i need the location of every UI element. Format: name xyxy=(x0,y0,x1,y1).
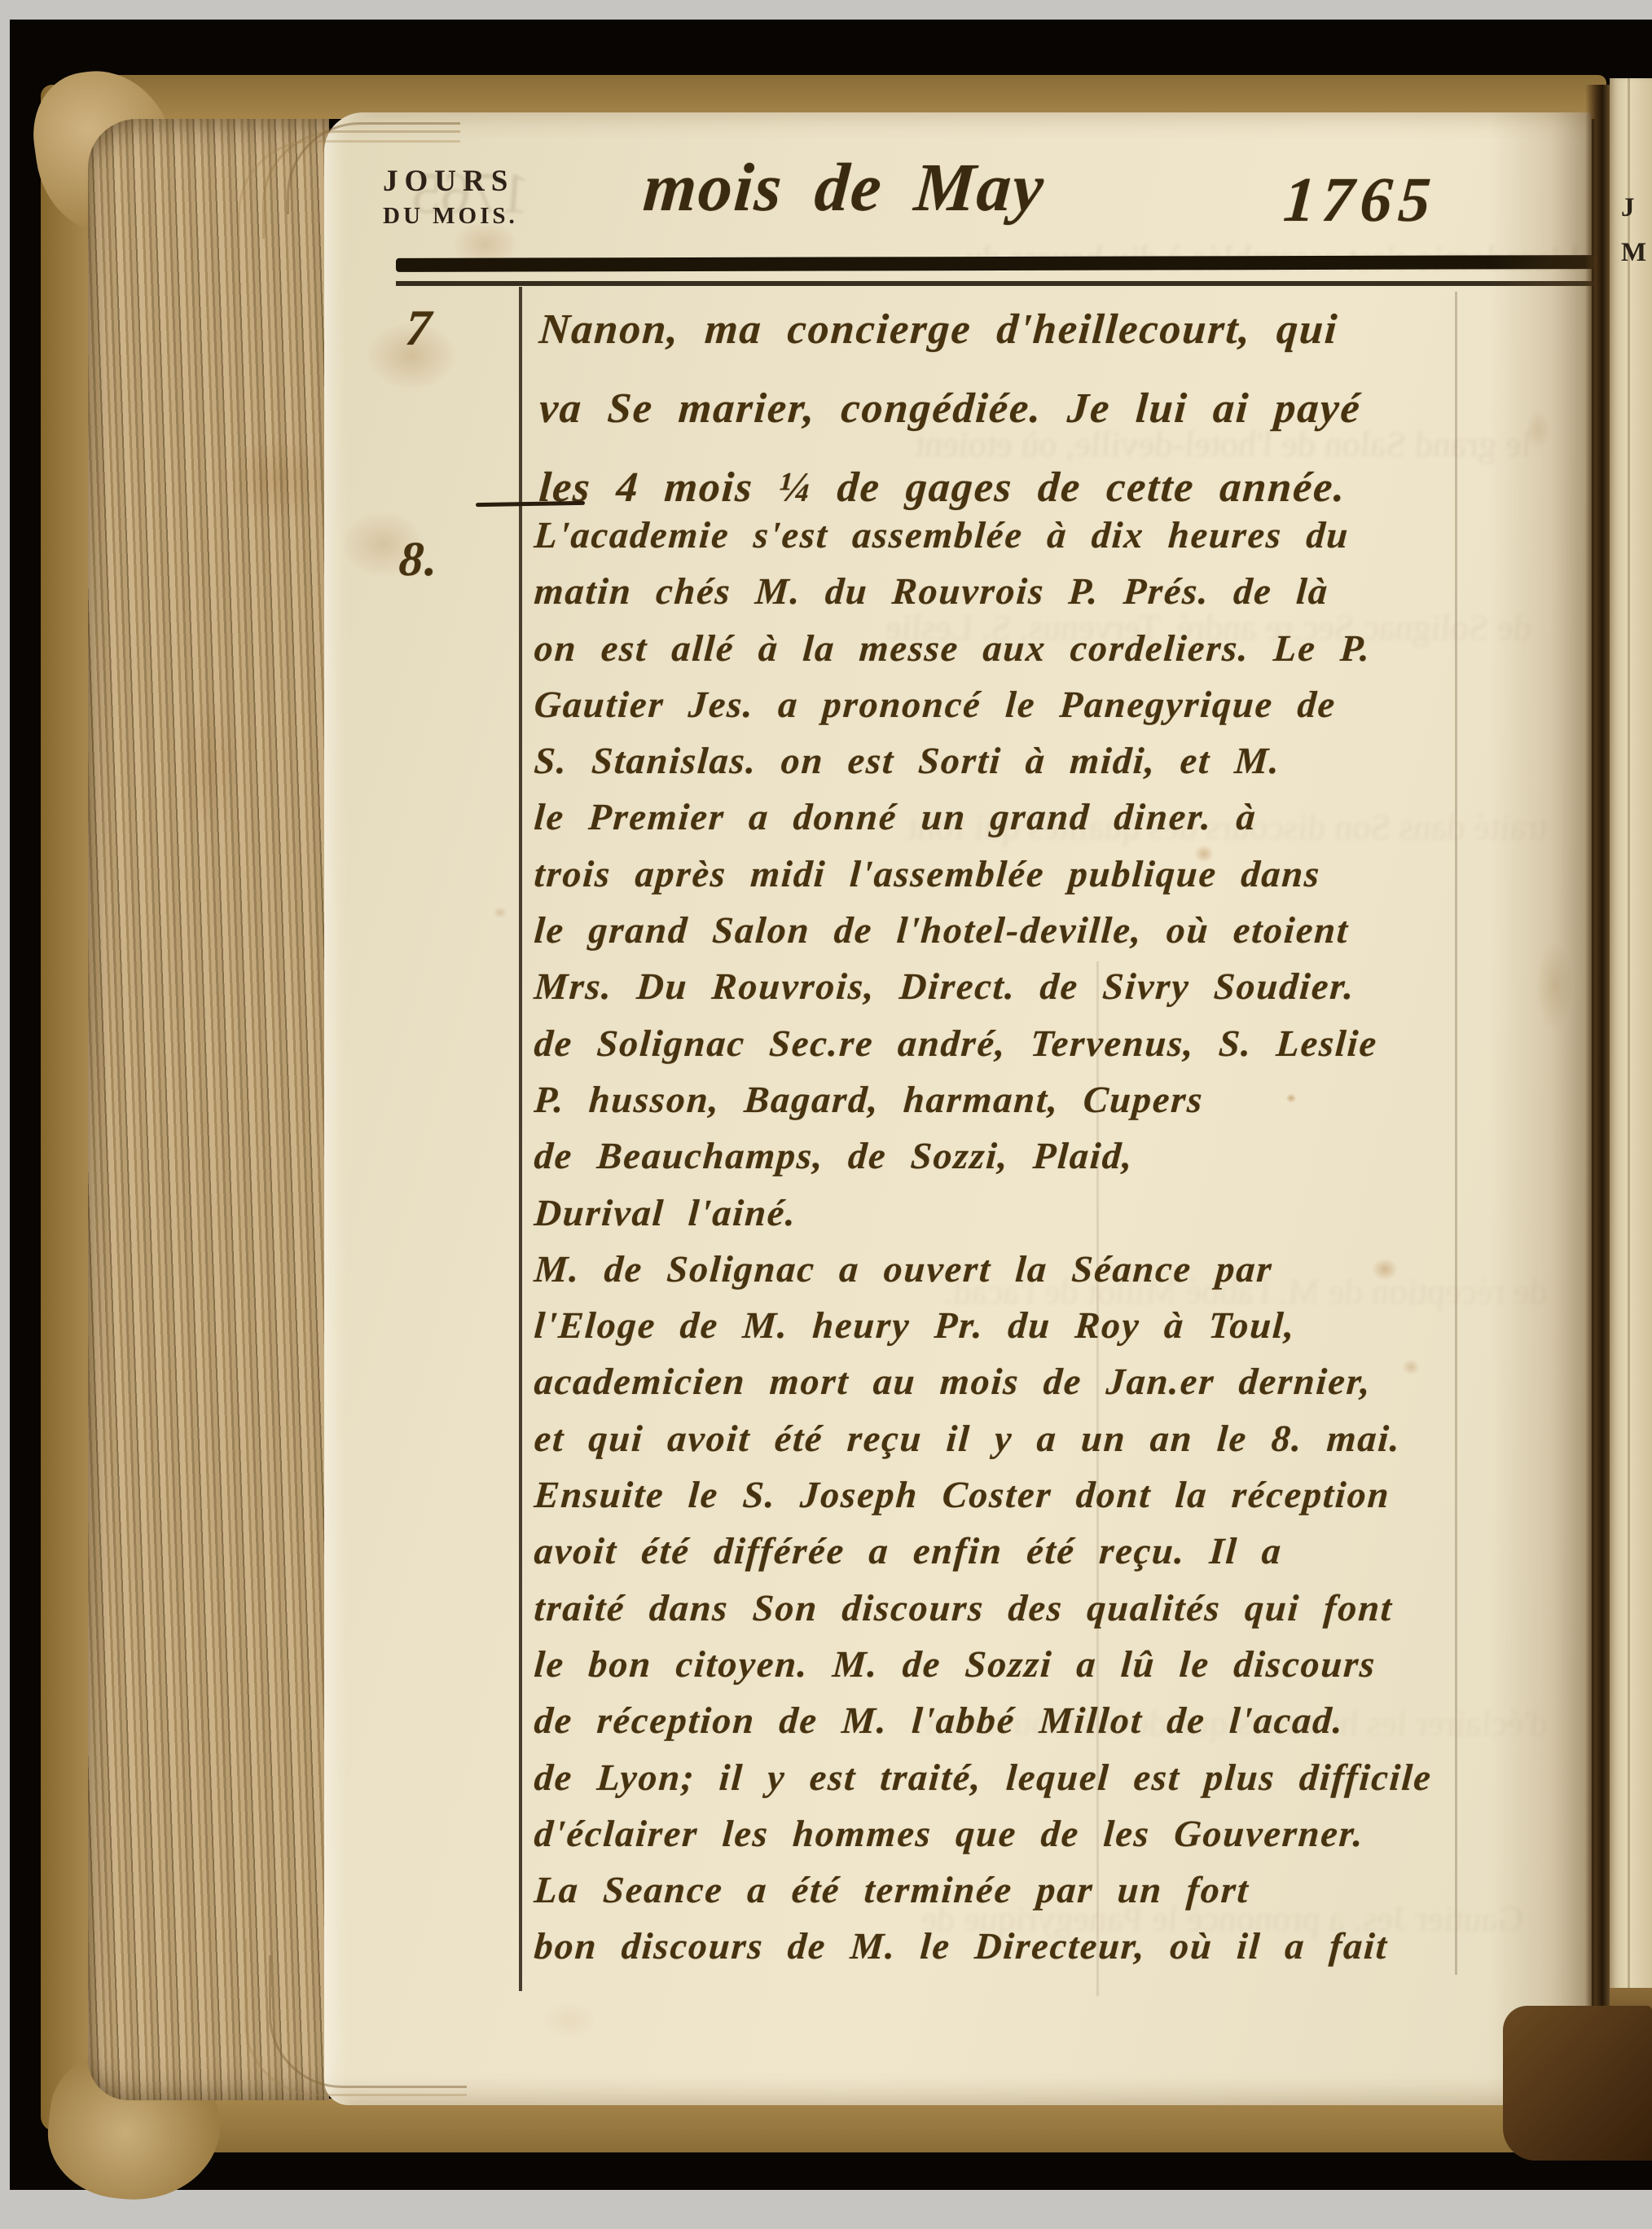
manuscript-line: Nanon, ma concierge d'heillecourt, qui xyxy=(537,290,1589,369)
manuscript-line: bon discours de M. le Directeur, où il a… xyxy=(533,1918,1608,1974)
manuscript-line: l'Eloge de M. heury Pr. du Roy à Toul, xyxy=(533,1297,1608,1353)
book-cover-left-edge xyxy=(41,85,94,2131)
age-stain xyxy=(165,672,255,860)
age-stain xyxy=(1528,925,1580,1047)
facing-page-sliver: J M xyxy=(1610,78,1652,2154)
sheet-edge-curve xyxy=(244,1939,467,2096)
manuscript-line: academicien mort au mois de Jan.er derni… xyxy=(533,1353,1608,1409)
manuscript-page: Gautier Jes. a prononcé le Panegyrique d… xyxy=(324,112,1592,2105)
facing-page-partial-letter: J xyxy=(1621,193,1637,223)
facing-page-crease xyxy=(1628,78,1630,2154)
manuscript-line: avoit été différée a enfin été reçu. Il … xyxy=(533,1523,1608,1579)
manuscript-line: on est allé à la messe aux cordeliers. L… xyxy=(533,620,1608,676)
page-gap-shadow xyxy=(1585,85,1611,2141)
manuscript-line: le bon citoyen. M. de Sozzi a lû le disc… xyxy=(533,1636,1608,1692)
entry-text: L'academie s'est assemblée à dix heures … xyxy=(534,507,1606,1975)
manuscript-line: de Solignac Sec.re andré, Tervenus, S. L… xyxy=(533,1015,1608,1071)
age-stain xyxy=(534,1996,607,2045)
entry-text: Nanon, ma concierge d'heillecourt, quiva… xyxy=(539,290,1586,527)
manuscript-line: le grand Salon de l'hotel-deville, où et… xyxy=(533,902,1608,958)
age-stain xyxy=(490,904,510,921)
manuscript-line: de Beauchamps, de Sozzi, Plaid, xyxy=(533,1128,1608,1184)
age-stain xyxy=(1522,402,1554,459)
manuscript-line: le Premier a donné un grand diner. à xyxy=(533,789,1608,845)
manuscript-line: trois après midi l'assemblée publique da… xyxy=(533,846,1608,902)
manuscript-line: P. husson, Bagard, harmant, Cupers xyxy=(533,1071,1608,1128)
manuscript-line: d'éclairer les hommes que de les Gouvern… xyxy=(533,1805,1608,1862)
age-stain xyxy=(441,212,530,277)
page-stack-fore-edge xyxy=(88,119,329,2100)
manuscript-line: Durival l'ainé. xyxy=(533,1185,1608,1241)
manuscript-line: va Se marier, congédiée. Je lui ai payé xyxy=(537,369,1589,448)
book-cover-corner-bottom-right xyxy=(1503,2006,1652,2161)
manuscript-line: traité dans Son discours des qualités qu… xyxy=(533,1580,1608,1636)
manuscript-line: et qui avoit été reçu il y a un an le 8.… xyxy=(533,1410,1608,1466)
manuscript-line: Gautier Jes. a prononcé le Panegyrique d… xyxy=(533,676,1608,732)
manuscript-line: S. Stanislas. on est Sorti à midi, et M. xyxy=(533,732,1608,789)
scanned-manuscript-journal-page: Gautier Jes. a prononcé le Panegyrique d… xyxy=(0,0,1652,2229)
manuscript-line: M. de Solignac a ouvert la Séance par xyxy=(533,1241,1608,1297)
age-stain xyxy=(1367,1254,1403,1285)
age-stain xyxy=(350,309,472,402)
manuscript-line: de Lyon; il y est traité, lequel est plu… xyxy=(533,1749,1608,1805)
sheet-edge-curve xyxy=(238,140,460,265)
journal-entries: 7Nanon, ma concierge d'heillecourt, quiv… xyxy=(324,112,1592,2105)
manuscript-line: L'academie s'est assemblée à dix heures … xyxy=(533,507,1608,563)
age-stain xyxy=(204,420,350,542)
age-stain xyxy=(326,499,440,589)
manuscript-line: Ensuite le S. Joseph Coster dont la réce… xyxy=(533,1466,1608,1523)
age-stain xyxy=(1284,1092,1298,1105)
age-stain xyxy=(1190,842,1218,866)
manuscript-line: La Seance a été terminée par un fort xyxy=(533,1862,1608,1918)
book-cover-bottom-edge xyxy=(90,2099,1606,2152)
manuscript-line: Mrs. Du Rouvrois, Direct. de Sivry Soudi… xyxy=(533,958,1608,1014)
manuscript-line: matin chés M. du Rouvrois P. Prés. de là xyxy=(533,563,1608,619)
age-stain xyxy=(1399,1356,1423,1378)
manuscript-line: de réception de M. l'abbé Millot de l'ac… xyxy=(533,1692,1608,1748)
facing-page-partial-letter: M xyxy=(1621,238,1648,268)
